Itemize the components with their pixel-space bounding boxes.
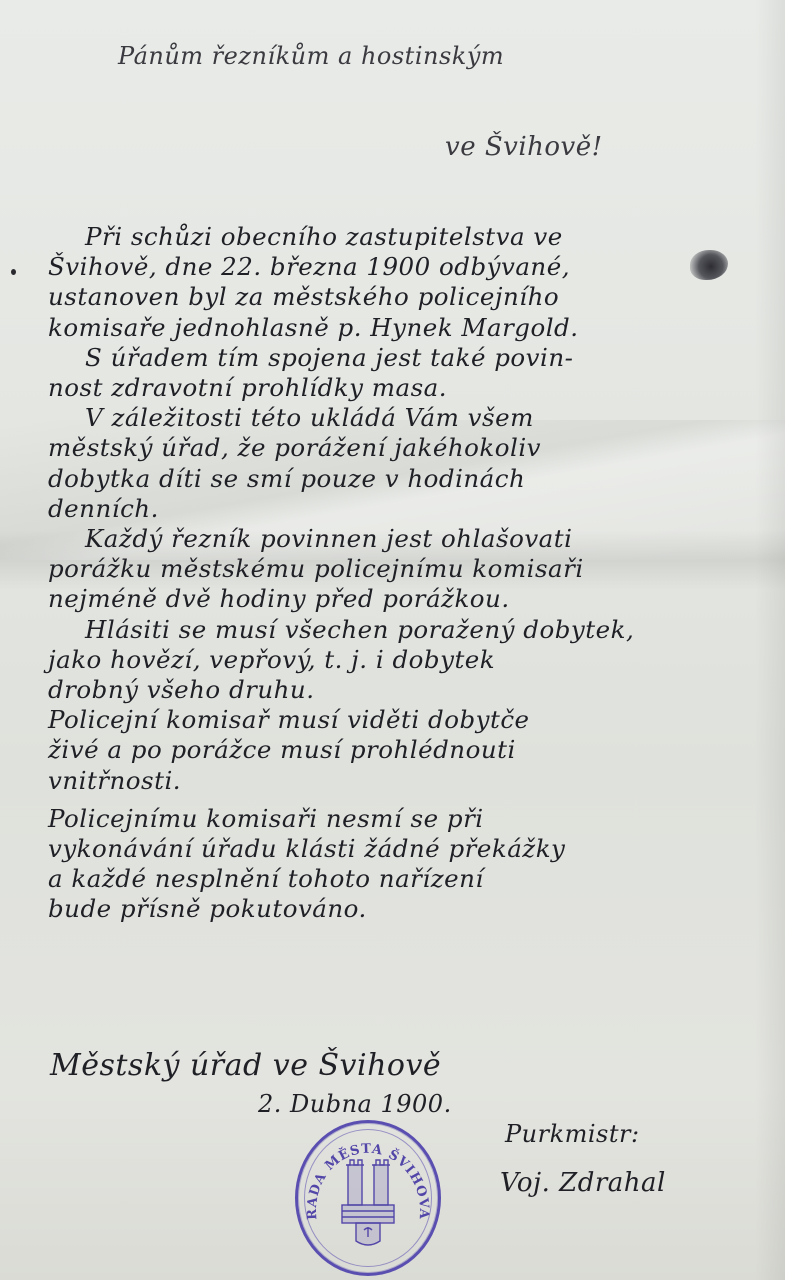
ink-dot: [11, 269, 16, 275]
letter-line: dobytka díti se smí pouze v hodinách: [48, 464, 525, 493]
letter-line: městský úřad, že porážení jakéhokoliv: [48, 433, 541, 462]
letter-line: nost zdravotní prohlídky masa.: [48, 373, 447, 402]
letter-line: drobný všeho druhu.: [48, 675, 315, 704]
letter-line: porážku městskému policejnímu komisaři: [48, 554, 584, 583]
letter-line: Švihově, dne 22. března 1900 odbývané,: [48, 252, 570, 281]
letter-line: Policejní komisař musí viděti dobytče: [48, 705, 530, 734]
letter-line: Policejnímu komisaři nesmí se při: [48, 804, 484, 833]
letter-line: komisaře jednohlasně p. Hynek Margold.: [48, 313, 579, 342]
document-date: 2. Dubna 1900.: [258, 1090, 452, 1118]
letter-line: jako hovězí, vepřový, t. j. i dobytek: [48, 645, 495, 674]
letter-line: Hlásiti se musí všechen poražený dobytek…: [85, 615, 634, 644]
letter-line: ustanoven byl za městského policejního: [48, 282, 559, 311]
closing-office: Městský úřad ve Švihově: [50, 1048, 441, 1083]
salutation-line-2: ve Švihově!: [445, 132, 603, 162]
letter-line: nejméně dvě hodiny před porážkou.: [48, 584, 510, 613]
letter-line: bude přísně pokutováno.: [48, 894, 367, 923]
letter-line: vykonávání úřadu klásti žádné překážky: [48, 834, 565, 863]
letter-line: a každé nesplnění tohoto nařízení: [48, 864, 484, 893]
stamp-graphic: RADA MĚSTA ŠVIHOVA: [298, 1123, 438, 1273]
letter-line: S úřadem tím spojena jest také povin-: [85, 343, 573, 372]
letter-line: Každý řezník povinnen jest ohlašovati: [85, 524, 572, 553]
letter-line: vnitřnosti.: [48, 766, 181, 795]
letter-line: denních.: [48, 494, 159, 523]
two-towers-castle-icon: [342, 1160, 394, 1245]
letter-line: živé a po porážce musí prohlédnouti: [48, 735, 516, 764]
salutation-line-1: Pánům řezníkům a hostinským: [118, 42, 504, 70]
letter-line: V záležitosti této ukládá Vám všem: [85, 403, 534, 432]
paper-edge-shadow: [755, 0, 785, 1280]
letter-line: Při schůzi obecního zastupitelstva ve: [85, 222, 563, 251]
signature-title: Purkmistr:: [505, 1120, 640, 1148]
ink-blot: [690, 250, 728, 280]
signature-name: Voj. Zdrahal: [500, 1168, 666, 1198]
town-council-stamp: RADA MĚSTA ŠVIHOVA: [295, 1120, 441, 1276]
